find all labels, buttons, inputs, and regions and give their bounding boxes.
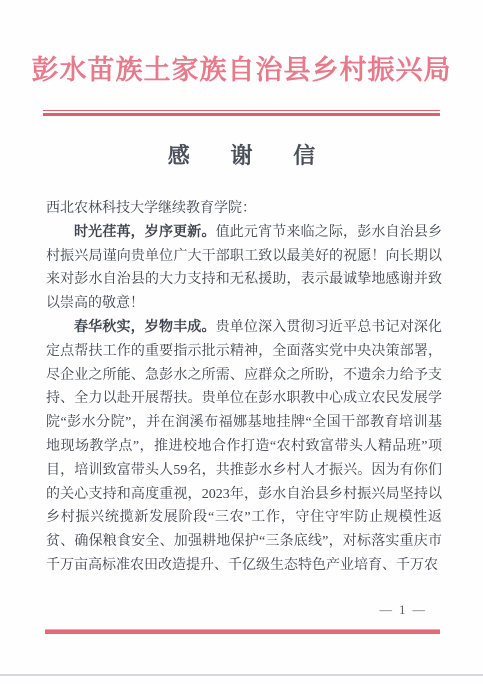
paragraph-2-text: 贵单位深入贯彻习近平总书记对深化定点帮扶工作的重要指示批示精神，全面落实党中央决… — [46, 320, 442, 573]
letter-title: 感 谢 信 — [0, 139, 483, 170]
scanned-letter-page: 彭水苗族土家族自治县乡村振兴局 感 谢 信 西北农林科技大学继续教育学院： 时光… — [0, 0, 483, 684]
letterhead-double-rule — [43, 110, 440, 116]
paragraph-2-lead: 春华秋实，岁物丰成。 — [74, 320, 216, 335]
salutation: 西北农林科技大学继续教育学院： — [46, 197, 442, 221]
paragraph-1-lead: 时光荏苒，岁序更新。 — [74, 225, 216, 240]
letter-body: 西北农林科技大学继续教育学院： 时光荏苒，岁序更新。值此元宵节来临之际，彭水自治… — [46, 197, 442, 578]
paragraph-1: 时光荏苒，岁序更新。值此元宵节来临之际，彭水自治县乡村振兴局谨向贵单位广大干部职… — [46, 221, 442, 316]
footer-red-rule — [45, 629, 440, 634]
scan-bottom-edge — [0, 674, 483, 676]
paragraph-2: 春华秋实，岁物丰成。贵单位深入贯彻习近平总书记对深化定点帮扶工作的重要指示批示精… — [46, 316, 442, 578]
page-number: — 1 — — [380, 603, 428, 618]
letterhead-org-name: 彭水苗族土家族自治县乡村振兴局 — [0, 48, 483, 87]
